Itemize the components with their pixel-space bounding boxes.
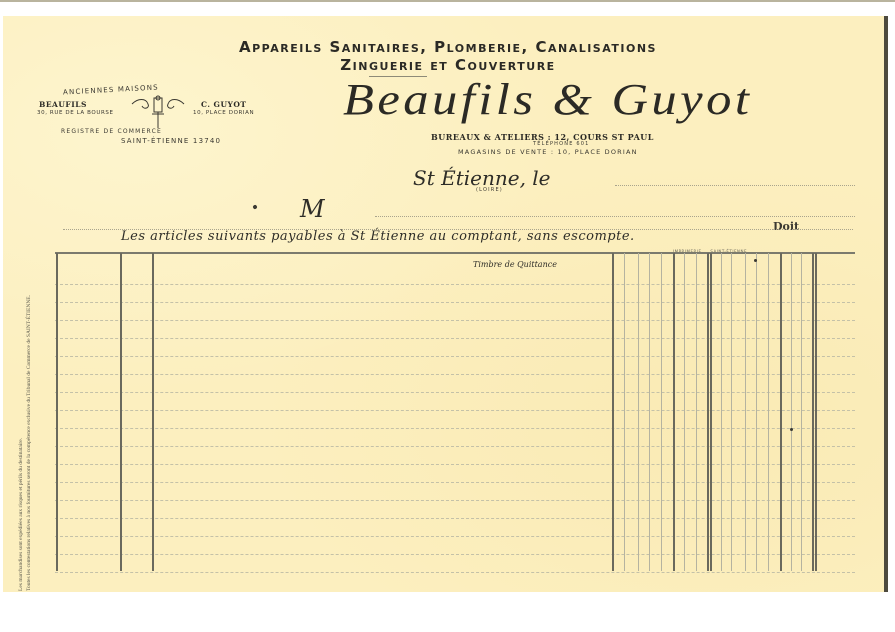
ruled-line [55, 536, 855, 537]
table-top-rule [55, 252, 855, 254]
ruled-line [55, 356, 855, 357]
ink-mark [252, 204, 257, 209]
column-border [707, 253, 709, 571]
column-border-description [152, 253, 154, 571]
registry-label: Registre de Commerce [61, 128, 162, 135]
ruled-line [55, 464, 855, 465]
column-border [780, 253, 782, 571]
column-subline [721, 253, 722, 571]
header-trade-line-1: Appareils Sanitaires, Plomberie, Canalis… [148, 38, 748, 56]
ruled-line [55, 410, 855, 411]
ink-speck [790, 428, 793, 431]
former-house-left-name: Beaufils [39, 100, 87, 109]
column-border [812, 253, 814, 571]
brand-name: Beaufils & Guyot [343, 74, 752, 125]
column-border [710, 253, 712, 571]
ruled-line [55, 320, 855, 321]
ruled-line [55, 338, 855, 339]
former-house-right-address: 10, Place Dorian [193, 110, 254, 116]
payment-terms: Les articles suivants payables à St Étie… [121, 229, 635, 244]
ruled-line [55, 500, 855, 501]
ruled-line [55, 302, 855, 303]
recipient-prefix: M [300, 195, 325, 223]
recipient-field-line[interactable] [375, 216, 855, 217]
header-trade-line-2: Zinguerie et Couverture [148, 56, 748, 74]
stamp-label: Timbre de Quittance [473, 260, 557, 269]
ornament-logo-icon [128, 94, 188, 130]
ink-speck [754, 259, 757, 262]
ruled-line [55, 482, 855, 483]
telephone-number: Téléphone 601 [533, 141, 590, 147]
column-border [612, 253, 614, 571]
ruled-line [55, 446, 855, 447]
former-house-right-name: C. Guyot [201, 100, 246, 109]
column-border [673, 253, 675, 571]
column-border-qty [120, 253, 122, 571]
ruled-line [55, 428, 855, 429]
column-subline [791, 253, 792, 571]
legal-side-note: Les marchandises sont expédiées aux risq… [17, 295, 33, 591]
place-region: (Loire) [476, 187, 503, 193]
column-subline [745, 253, 746, 571]
column-subline [756, 253, 757, 571]
ruled-line [55, 554, 855, 555]
column-subline [624, 253, 625, 571]
column-subline [649, 253, 650, 571]
owes-label: Doit [773, 220, 799, 233]
date-field-line[interactable] [615, 185, 855, 186]
column-subline [684, 253, 685, 571]
ruled-line [55, 392, 855, 393]
column-subline [768, 253, 769, 571]
scan-edge [0, 0, 895, 2]
legal-side-note-line-2: Toutes les contestations relatives à nos… [25, 295, 33, 591]
legal-side-note-line-1: Les marchandises sont expédiées aux risq… [17, 295, 25, 591]
column-subline [638, 253, 639, 571]
invoice-paper: Appareils Sanitaires, Plomberie, Canalis… [3, 16, 888, 592]
ruled-line [55, 374, 855, 375]
column-subline [661, 253, 662, 571]
ruled-line [55, 518, 855, 519]
shops-address: Magasins de Vente : 10, Place Dorian [458, 148, 638, 156]
former-house-left-address: 30, Rue de la Bourse [37, 110, 114, 116]
column-subline [696, 253, 697, 571]
column-border [815, 253, 817, 571]
column-subline [731, 253, 732, 571]
ruled-line [55, 284, 855, 285]
column-border-left [56, 253, 58, 571]
registry-number: Saint-Étienne 13740 [121, 137, 221, 145]
column-subline [801, 253, 802, 571]
ruled-line [55, 572, 855, 573]
